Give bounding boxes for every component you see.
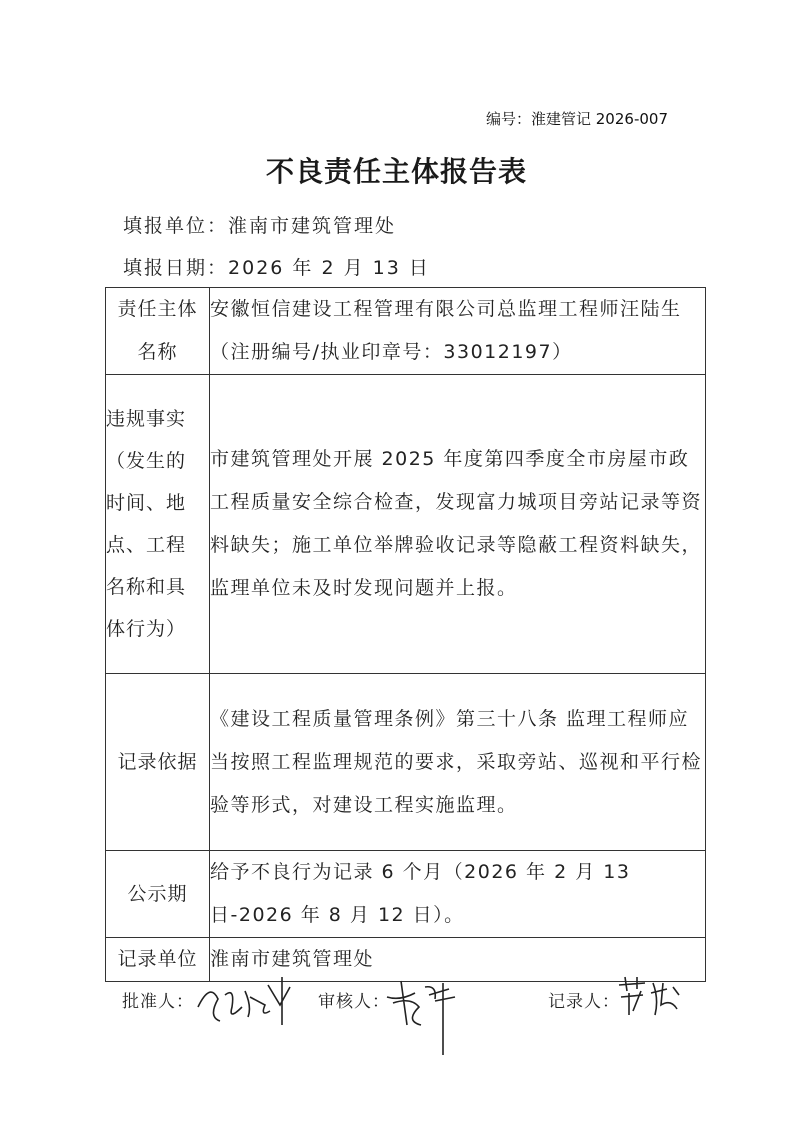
record-basis-value: 《建设工程质量管理条例》第三十八条 监理工程师应当按照工程监理规范的要求，采取旁… xyxy=(210,674,706,851)
label-line: 违规事实 xyxy=(106,398,209,440)
label-line: 点、工程 xyxy=(106,524,209,566)
label-line: 责任主体 xyxy=(106,288,209,331)
reporting-unit-label: 填报单位： xyxy=(123,215,228,237)
reviewer-label: 审核人： xyxy=(318,987,390,1012)
table-row-responsible-subject: 责任主体 名称 安徽恒信建设工程管理有限公司总监理工程师汪陆生（注册编号/执业印… xyxy=(106,288,706,375)
label-line: （发生的 xyxy=(106,440,209,482)
report-table: 责任主体 名称 安徽恒信建设工程管理有限公司总监理工程师汪陆生（注册编号/执业印… xyxy=(105,287,706,982)
reporting-unit: 填报单位：淮南市建筑管理处 xyxy=(123,211,396,238)
responsible-subject-value: 安徽恒信建设工程管理有限公司总监理工程师汪陆生（注册编号/执业印章号：33012… xyxy=(210,288,706,375)
label-line: 时间、地 xyxy=(106,482,209,524)
recorder-signature-icon xyxy=(615,975,685,1025)
label-line: 名称和具 xyxy=(106,566,209,608)
table-row-violation-facts: 违规事实 （发生的 时间、地 点、工程 名称和具 体行为） 市建筑管理处开展 2… xyxy=(106,375,706,674)
row-label-record-basis: 记录依据 xyxy=(106,674,210,851)
label-line: 名称 xyxy=(106,331,209,374)
reporting-date: 填报日期：2026 年 2 月 13 日 xyxy=(123,253,430,280)
violation-facts-value: 市建筑管理处开展 2025 年度第四季度全市房屋市政工程质量安全综合检查，发现富… xyxy=(210,375,706,674)
row-label-recording-unit: 记录单位 xyxy=(106,938,210,982)
document-number: 编号：淮建管记 2026-007 xyxy=(486,108,696,129)
row-label-violation-facts: 违规事实 （发生的 时间、地 点、工程 名称和具 体行为） xyxy=(106,375,210,674)
page-title: 不良责任主体报告表 xyxy=(0,150,793,190)
reporting-unit-value: 淮南市建筑管理处 xyxy=(228,215,396,237)
approver-label: 批准人： xyxy=(122,987,194,1012)
approver-signature-icon xyxy=(190,977,300,1027)
label-line: 体行为） xyxy=(106,608,209,650)
publicity-period-value: 给予不良行为记录 6 个月（2026 年 2 月 13 日-2026 年 8 月… xyxy=(210,851,706,938)
table-row-record-basis: 记录依据 《建设工程质量管理条例》第三十八条 监理工程师应当按照工程监理规范的要… xyxy=(106,674,706,851)
row-label-publicity-period: 公示期 xyxy=(106,851,210,938)
signature-row: 批准人： 审核人： 记录人： xyxy=(0,985,793,1065)
row-label-responsible-subject: 责任主体 名称 xyxy=(106,288,210,375)
reporting-date-label: 填报日期： xyxy=(123,257,228,279)
recorder-label: 记录人： xyxy=(548,987,620,1012)
table-row-publicity-period: 公示期 给予不良行为记录 6 个月（2026 年 2 月 13 日-2026 年… xyxy=(106,851,706,938)
reporting-date-value: 2026 年 2 月 13 日 xyxy=(228,257,430,279)
reviewer-signature-icon xyxy=(385,977,475,1057)
